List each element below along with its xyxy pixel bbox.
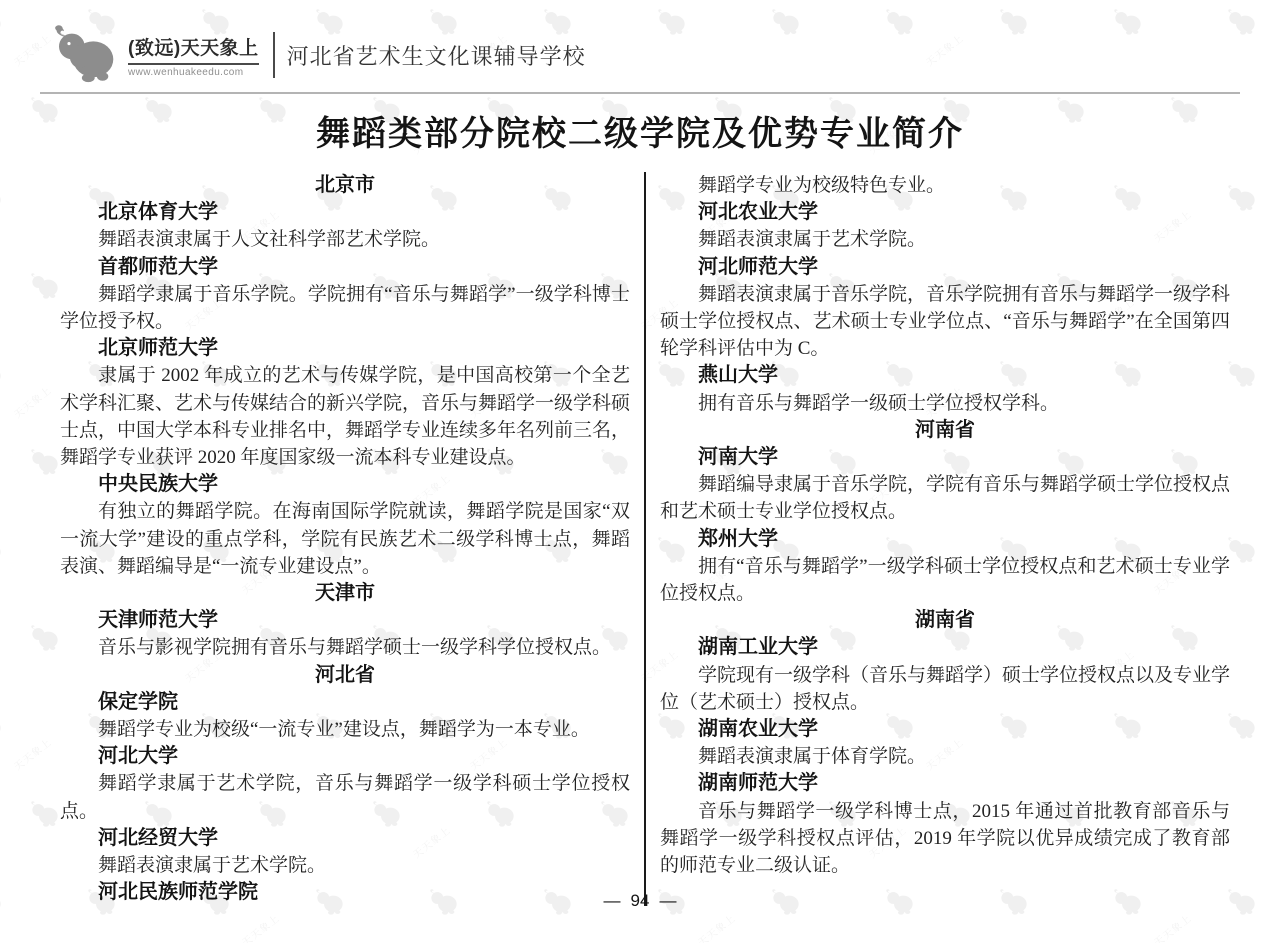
watermark-elephant-icon: [0, 360, 4, 388]
school-name: 河南大学: [660, 444, 1230, 471]
school-name: 北京师范大学: [60, 335, 630, 362]
school-description: 舞蹈学专业为校级“一流专业”建设点，舞蹈学为一本专业。: [60, 716, 630, 743]
school-description: 舞蹈表演隶属于人文社科学部艺术学院。: [60, 226, 630, 253]
school-name: 河北大学: [60, 743, 630, 770]
school-name: 保定学院: [60, 689, 630, 716]
brand-block: (致远)天天象上 www.wenhuakeedu.com: [128, 33, 259, 78]
header: (致远)天天象上 www.wenhuakeedu.com 河北省艺术生文化课辅导…: [48, 24, 586, 86]
school-name: 首都师范大学: [60, 254, 630, 281]
school-description: 舞蹈表演隶属于艺术学院。: [660, 226, 1230, 253]
footer-dash-left: —: [604, 891, 621, 910]
watermark-text: 天天象上: [10, 734, 54, 773]
school-name: 湖南农业大学: [660, 716, 1230, 743]
school-description: 拥有音乐与舞蹈学一级硕士学位授权学科。: [660, 390, 1230, 417]
watermark-elephant-icon: [1224, 8, 1258, 36]
watermark-text: 天天象上: [1150, 910, 1194, 943]
school-name: 天津师范大学: [60, 607, 630, 634]
school-name: 河北师范大学: [660, 254, 1230, 281]
content: 北京市北京体育大学舞蹈表演隶属于人文社科学部艺术学院。首都师范大学舞蹈学隶属于音…: [60, 172, 1230, 878]
school-name: 中央民族大学: [60, 471, 630, 498]
footer: —94—: [0, 891, 1280, 911]
header-school-name: 河北省艺术生文化课辅导学校: [287, 40, 586, 71]
school-description: 音乐与影视学院拥有音乐与舞蹈学硕士一级学科学位授权点。: [60, 634, 630, 661]
school-description: 舞蹈编导隶属于音乐学院，学院有音乐与舞蹈学硕士学位授权点和艺术硕士专业学位授权点…: [660, 471, 1230, 525]
province-header: 天津市: [60, 580, 630, 607]
school-description: 隶属于 2002 年成立的艺术与传媒学院，是中国高校第一个全艺术学科汇聚、艺术与…: [60, 362, 630, 471]
province-header: 河北省: [60, 662, 630, 689]
province-header: 河南省: [660, 417, 1230, 444]
province-header: 北京市: [60, 172, 630, 199]
watermark-elephant-icon: [768, 8, 802, 36]
school-description: 舞蹈学专业为校级特色专业。: [660, 172, 1230, 199]
school-description: 拥有“音乐与舞蹈学”一级学科硕士学位授权点和艺术硕士专业学位授权点。: [660, 553, 1230, 607]
school-name: 河北经贸大学: [60, 825, 630, 852]
watermark-elephant-icon: [0, 712, 4, 740]
watermark-elephant-icon: [0, 8, 4, 36]
brand-url: www.wenhuakeedu.com: [128, 67, 259, 78]
school-description: 学院现有一级学科（音乐与舞蹈学）硕士学位授权点以及专业学位（艺术硕士）授权点。: [660, 662, 1230, 716]
school-name: 郑州大学: [660, 526, 1230, 553]
watermark-elephant-icon: [0, 184, 4, 212]
elephant-logo-icon: [48, 25, 120, 85]
watermark-text: 天天象上: [238, 910, 282, 943]
school-description: 舞蹈学隶属于音乐学院。学院拥有“音乐与舞蹈学”一级学科博士学位授予权。: [60, 281, 630, 335]
watermark-elephant-icon: [996, 8, 1030, 36]
school-description: 有独立的舞蹈学院。在海南国际学院就读，舞蹈学院是国家“双一流大学”建设的重点学科…: [60, 498, 630, 580]
school-name: 湖南工业大学: [660, 634, 1230, 661]
watermark-text: 天天象上: [922, 30, 966, 69]
watermark-elephant-icon: [27, 800, 61, 828]
footer-dash-right: —: [659, 891, 676, 910]
school-description: 舞蹈表演隶属于音乐学院，音乐学院拥有音乐与舞蹈学一级学科硕士学位授权点、艺术硕士…: [660, 281, 1230, 363]
school-description: 音乐与舞蹈学一级学科博士点，2015 年通过首批教育部音乐与舞蹈学一级学科授权点…: [660, 798, 1230, 880]
document-page: 天天象上天天象上天天象上天天象上天天象上天天象上天天象上天天象上天天象上天天象上…: [0, 0, 1280, 943]
school-name: 北京体育大学: [60, 199, 630, 226]
left-column: 北京市北京体育大学舞蹈表演隶属于人文社科学部艺术学院。首都师范大学舞蹈学隶属于音…: [60, 172, 630, 906]
watermark-elephant-icon: [0, 536, 4, 564]
right-column: 舞蹈学专业为校级特色专业。河北农业大学舞蹈表演隶属于艺术学院。河北师范大学舞蹈表…: [660, 172, 1230, 906]
province-header: 湖南省: [660, 607, 1230, 634]
watermark-elephant-icon: [882, 8, 916, 36]
watermark-elephant-icon: [27, 448, 61, 476]
school-description: 舞蹈学隶属于艺术学院，音乐与舞蹈学一级学科硕士学位授权点。: [60, 770, 630, 824]
header-vertical-separator: [273, 32, 275, 78]
school-name: 湖南师范大学: [660, 770, 1230, 797]
watermark-elephant-icon: [1110, 8, 1144, 36]
page-title: 舞蹈类部分院校二级学院及优势专业简介: [0, 106, 1280, 155]
school-description: 舞蹈表演隶属于体育学院。: [660, 743, 1230, 770]
watermark-text: 天天象上: [694, 910, 738, 943]
watermark-text: 天天象上: [10, 382, 54, 421]
watermark-elephant-icon: [654, 8, 688, 36]
watermark-elephant-icon: [27, 624, 61, 652]
column-divider: [644, 172, 646, 906]
school-name: 燕山大学: [660, 362, 1230, 389]
school-description: 舞蹈表演隶属于艺术学院。: [60, 852, 630, 879]
school-name: 河北农业大学: [660, 199, 1230, 226]
page-number: 94: [631, 891, 650, 910]
watermark-elephant-icon: [27, 272, 61, 300]
brand-name: (致远)天天象上: [128, 33, 259, 65]
header-rule: [40, 92, 1240, 94]
